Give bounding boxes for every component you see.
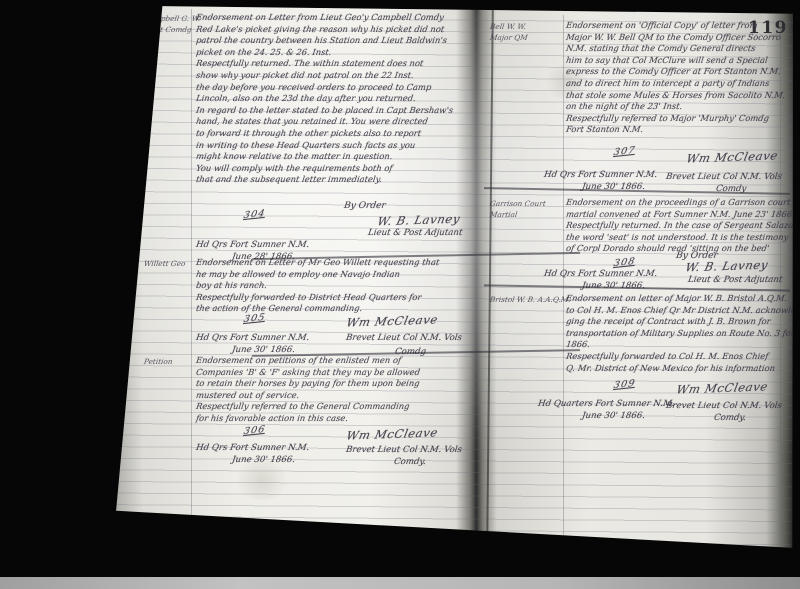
entry-body: Endorsement on Letter from Lieut Geo'y C… [196,12,468,186]
by-order-line: By Order [343,201,386,211]
signature-title: Brevet Lieut Col N.M. Vols [665,401,782,411]
signature-title-2: Comdy. [393,457,426,467]
place-line: Hd Qrs Fort Sumner N.M. [195,333,310,343]
paper-stain [232,460,292,500]
place-line: Hd Qrs Fort Sumner N.M. [543,170,658,180]
place-line: Hd Quarters Fort Sumner N.M. [537,399,675,409]
signature-title: Brevet Lieut Col N.M. Vols [665,172,782,182]
entry-margin-note: Petition [144,356,194,367]
entry-body: Endorsement on letter of Major W. B. Bri… [566,293,784,374]
entry-body: Endorsement on 'Official Copy' of letter… [566,20,784,136]
entry-margin-note: Garrison CourtMartial [490,198,566,220]
entry-margin-note: Bristol W. B. A.A.Q.M. [490,294,566,305]
entry-margin-note: Campbell G. W.Lieut Comdg [144,13,194,35]
signature-title-2: Comdy. [713,413,746,423]
entry-margin-note: Willett Geo [144,258,194,269]
page-spread: 119 Campbell G. W.Lieut Comdg Endorsemen… [112,5,793,550]
signature-title: Lieut & Post Adjutant [687,275,783,285]
entry-body: Endorsement on petitions of the enlisted… [196,355,468,425]
signature: W. B. Lavney [684,258,769,275]
entry-body: Endorsement on the proceedings of a Garr… [566,197,784,255]
signature-title: Brevet Lieut Col N.M. Vols [345,333,462,343]
date-line: June 30' 1866. [231,455,295,465]
date-line: June 30' 1866. [581,411,645,421]
place-line: Hd Qrs Fort Sumner N.M. [543,269,658,279]
signature-title: Lieut & Post Adjutant [367,228,463,238]
scanner-bed-strip [0,577,800,589]
entry-body: Endorsement on Letter of Mr Geo Willett … [196,257,468,315]
place-line: Hd Qrs Fort Sumner N.M. [195,240,310,250]
signature: W. B. Lavney [376,212,461,229]
place-line: Hd Qrs Fort Sumner N.M. [195,443,310,453]
entry-margin-note: Bell W. W.Major QM [490,21,566,43]
scanned-ledger-screenshot: { "page_number": "119", "pages": [ { "si… [0,0,800,589]
signature-title: Brevet Lieut Col N.M. Vols [345,445,462,455]
